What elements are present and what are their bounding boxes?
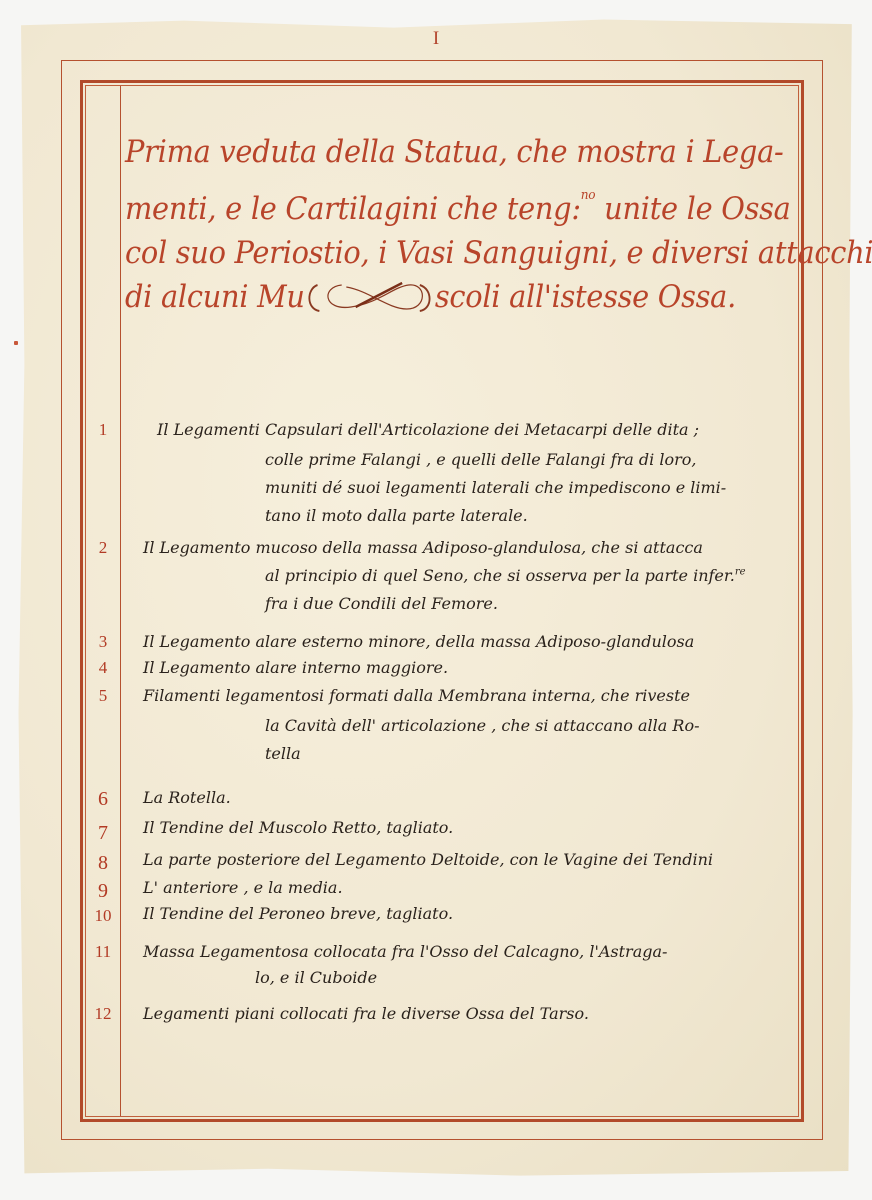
entry-number: 11: [85, 942, 121, 962]
title-line-4-tail: scoli all'istesse Ossa.: [435, 279, 736, 315]
title-line-2-text: menti, e le Cartilagini che teng:: [125, 191, 581, 227]
entry-line: Il Legamento alare interno maggiore.: [143, 658, 448, 677]
legend-entry-6: 6 La Rotella.: [85, 784, 799, 814]
entry-superscript: re: [735, 567, 746, 578]
entry-line: L' anteriore , e la media.: [143, 878, 343, 897]
entry-number: 4: [85, 658, 121, 678]
legend-entry-8: 8 La parte posteriore del Legamento Delt…: [85, 844, 799, 874]
entry-line: Filamenti legamentosi formati dalla Memb…: [143, 686, 690, 705]
entry-number: 7: [85, 822, 121, 845]
calligraphic-flourish-icon: [305, 277, 435, 317]
entry-line: colle prime Falangi , e quelli delle Fal…: [265, 450, 696, 469]
legend-entry-4: 4 Il Legamento alare interno maggiore.: [85, 650, 799, 680]
entry-line: muniti dé suoi legamenti laterali che im…: [265, 478, 726, 497]
legend-entry-11: 11 Massa Legamentosa collocata fra l'Oss…: [85, 932, 799, 990]
entry-number: 1: [85, 420, 121, 440]
entry-number: 6: [85, 788, 121, 811]
entry-number: 12: [85, 1004, 121, 1024]
title-superscript: no: [581, 188, 596, 203]
entry-line: Il Tendine del Peroneo breve, tagliato.: [143, 904, 453, 923]
page-number: I: [0, 28, 872, 50]
legend-entry-3: 3 Il Legamento alare esterno minore, del…: [85, 620, 799, 650]
entry-line: tano il moto dalla parte laterale.: [265, 506, 528, 525]
legend-entry-2: 2 Il Legamento mucoso della massa Adipos…: [85, 526, 799, 620]
entry-line: Il Legamento mucoso della massa Adiposo-…: [143, 538, 703, 557]
title-line-2-tail: unite le Ossa: [595, 191, 790, 227]
plate-title: Prima veduta della Statua, che mostra i …: [125, 130, 757, 319]
entry-line: la Cavità dell' articolazione , che si a…: [265, 716, 700, 735]
entry-line: Massa Legamentosa collocata fra l'Osso d…: [143, 942, 667, 961]
entry-number: 3: [85, 632, 121, 652]
entry-line: al principio di quel Seno, che si osserv…: [265, 566, 746, 585]
entry-line: lo, e il Cuboide: [255, 968, 377, 987]
entry-line: tella: [265, 744, 301, 763]
entry-number: 8: [85, 852, 121, 875]
title-line-1: Prima veduta della Statua, che mostra i …: [125, 130, 757, 174]
entry-line: La Rotella.: [143, 788, 231, 807]
entry-line: fra i due Condili del Femore.: [265, 594, 498, 613]
legend-entry-9: 9 L' anteriore , e la media.: [85, 874, 799, 900]
legend-entry-7: 7 Il Tendine del Muscolo Retto, tagliato…: [85, 814, 799, 844]
legend-entry-10: 10 Il Tendine del Peroneo breve, tagliat…: [85, 900, 799, 932]
entry-number: 2: [85, 538, 121, 558]
entry-line: Il Legamento alare esterno minore, della…: [143, 632, 694, 651]
title-line-4-text: di alcuni Mu: [125, 279, 305, 315]
legend-entry-1: 1 Il Legamenti Capsulari dell'Articolazi…: [85, 412, 799, 526]
ink-speck: [14, 341, 18, 345]
title-line-3: col suo Periostio, i Vasi Sanguigni, e d…: [125, 231, 757, 275]
legend-entry-5: 5 Filamenti legamentosi formati dalla Me…: [85, 680, 799, 784]
entry-line: Il Legamenti Capsulari dell'Articolazion…: [157, 420, 699, 439]
legend-entry-12: 12 Legamenti piani collocati fra le dive…: [85, 990, 799, 1030]
entry-number: 10: [85, 906, 121, 926]
entry-line: Legamenti piani collocati fra le diverse…: [143, 1004, 589, 1023]
entry-number: 5: [85, 686, 121, 706]
title-line-4: di alcuni Mu scoli all'istesse Ossa.: [125, 275, 757, 319]
entry-line: La parte posteriore del Legamento Deltoi…: [143, 850, 713, 869]
entry-line-text: al principio di quel Seno, che si osserv…: [265, 566, 735, 585]
legend-entries: 1 Il Legamenti Capsulari dell'Articolazi…: [85, 412, 799, 1030]
entry-line: Il Tendine del Muscolo Retto, tagliato.: [143, 818, 453, 837]
title-line-2: menti, e le Cartilagini che teng:no unit…: [125, 174, 757, 231]
